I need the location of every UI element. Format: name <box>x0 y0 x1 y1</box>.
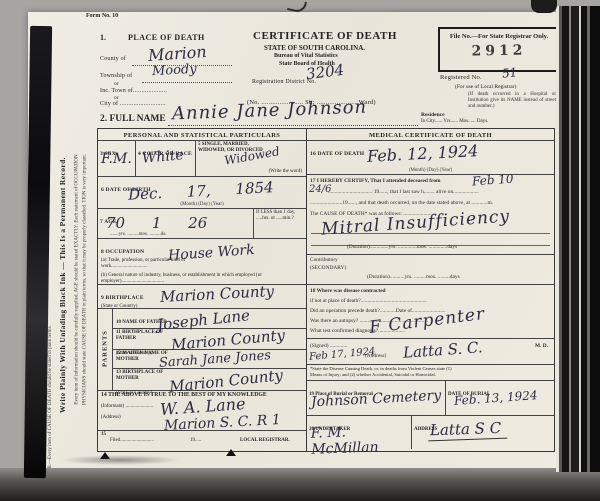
inc-town-label: Inc. Town of.................... <box>100 88 167 94</box>
scan-mark-top-right <box>531 0 557 13</box>
margin-note-nb: N. B.—Every item of CAUSE OF DEATH shoul… <box>48 325 56 475</box>
undertaker-row: 20 UNDERTAKER F. M. McMillan ADDRESS Lat… <box>307 416 554 449</box>
sign-address-value: Latta S. C. <box>402 338 483 362</box>
scan-mark-triangle-2 <box>226 449 236 456</box>
local-registrar-note: (For use of Local Registrar) <box>455 84 516 90</box>
residence-line: In City...... Yrs...... Mos...... Days. <box>421 119 553 124</box>
scan-page-edge-bottom <box>0 468 600 501</box>
undertaker-cell: 20 UNDERTAKER F. M. McMillan <box>307 416 412 449</box>
signed-block: (Signed) ............. M. D. Feb 17, 192… <box>307 339 554 365</box>
father-birthplace-row: 11 BIRTHPLACE OF FATHER (State or Countr… <box>113 329 306 350</box>
form-number: Form No. 10 <box>86 13 118 19</box>
q18-line-2: if not at place of death?...............… <box>310 296 551 306</box>
md-label: M. D. <box>535 341 548 352</box>
filed-number: 15 <box>101 432 106 437</box>
margin-note-permanent-record: Write Plainly With Unfading Black Ink — … <box>58 120 68 450</box>
margin-note-age-exactly: Every item of information should be care… <box>75 130 82 430</box>
file-number-box: File No.—For State Registrar Only. 2912 <box>438 27 560 72</box>
undertaker-address-value: Latta S C <box>428 419 508 442</box>
certify-line-2: ................................. 19....… <box>310 187 551 198</box>
footnote-block: *State the Disease Causing Death, or, in… <box>307 365 554 381</box>
dod-value: Feb. 12, 1924 <box>367 141 479 166</box>
age-units: .......yrs. .........mos. .........ds. <box>98 232 253 237</box>
parents-strip: PARENTS <box>98 309 113 390</box>
personal-title: PERSONAL AND STATISTICAL PARTICULARS <box>98 129 306 141</box>
certify-handwriting-2: 24/6 <box>309 184 331 195</box>
question-18-block: 18 Where was disease contracted if not a… <box>307 285 554 339</box>
parents-block: PARENTS 10 NAME OF FATHER Joseph Lane 11… <box>98 309 306 391</box>
mother-birthplace-label: 13 BIRTHPLACE OF MOTHER <box>116 370 176 381</box>
state-line: STATE OF SOUTH CAROLINA. <box>264 44 365 52</box>
parents-cells: 10 NAME OF FATHER Joseph Lane 11 BIRTHPL… <box>113 309 306 390</box>
bureau-line: Bureau of Vital Statistics <box>274 53 338 59</box>
contributory-label: Contributory <box>310 256 551 264</box>
township-dotted-line <box>142 81 232 83</box>
undertaker-address-cell: ADDRESS Latta S C <box>412 416 554 449</box>
sex-value: F.M. <box>101 151 132 167</box>
age-row: 7 AGE 70 1 26 .......yrs. .........mos. … <box>98 209 306 239</box>
registered-no-label: Registered No. <box>440 74 482 81</box>
occupation-label: 8 OCCUPATION <box>101 249 144 255</box>
footnote-line-2: Means of Injury; and (2) whether Acciden… <box>310 372 551 378</box>
filed-row: 15 Filed........................... 19..… <box>98 431 306 449</box>
place-of-death-title: PLACE OF DEATH <box>128 33 205 42</box>
filed-year: 19..... <box>190 438 201 443</box>
age-value: 70 1 26 <box>106 214 207 232</box>
scan-smudge <box>60 455 180 465</box>
dod-label: 16 DATE OF DEATH <box>310 151 364 157</box>
personal-column: PERSONAL AND STATISTICAL PARTICULARS 3 S… <box>98 129 307 451</box>
occupation-value: House Work <box>168 242 256 264</box>
township-value: Moody <box>152 62 197 79</box>
form-body: PERSONAL AND STATISTICAL PARTICULARS 3 S… <box>97 128 555 452</box>
secondary-label: (SECONDARY) <box>310 264 551 272</box>
parents-label: PARENTS <box>102 316 109 382</box>
race-value: White <box>141 147 184 167</box>
full-name-label: 2. FULL NAME <box>100 114 166 124</box>
scan-page-edge-right <box>556 6 600 472</box>
full-name-dotted-line <box>168 124 418 126</box>
dob-value: Dec. 17, 1854 <box>128 178 274 204</box>
race-cell: 4 COLOR OR RACE White <box>136 141 196 176</box>
certify-block: 17 I HEREBY CERTIFY, That I attended dec… <box>307 175 554 255</box>
age-note-cell: If LESS than 1 day, .....hrs. or .....mi… <box>254 209 306 238</box>
place-of-death-number: 1. <box>100 33 106 42</box>
margin-note-physicians: PHYSICIANS should state CAUSE OF DEATH i… <box>83 130 90 430</box>
marital-note: (Write the word) <box>269 169 302 174</box>
undertaker-value: F. M. McMillan <box>310 422 411 457</box>
age-cell: 7 AGE 70 1 26 .......yrs. .........mos. … <box>98 209 254 238</box>
or-label-1: or <box>114 81 119 87</box>
burial-row: 19 Place of Burial or Removal Johnson Ce… <box>307 381 554 416</box>
medical-title: MEDICAL CERTIFICATE OF DEATH <box>307 129 554 141</box>
death-certificate-scan: Write Plainly With Unfading Black Ink — … <box>0 0 600 501</box>
residence-label: Residence <box>421 112 445 118</box>
contributory-block: Contributory (SECONDARY) (Duration).....… <box>307 255 554 285</box>
age-note: If LESS than 1 day, .....hrs. or .....mi… <box>256 210 304 222</box>
county-label: County of <box>100 56 126 62</box>
mother-birthplace-row: 13 BIRTHPLACE OF MOTHER (State or Countr… <box>113 369 306 389</box>
sex-cell: 3 SEX F.M. <box>98 141 136 176</box>
file-box-label: File No.—For State Registrar Only. <box>440 33 558 40</box>
sex-race-marital-row: 3 SEX F.M. 4 COLOR OR RACE White 5 SINGL… <box>98 141 306 177</box>
city-label: City of ........................... <box>100 101 166 107</box>
certificate-title: CERTIFICATE OF DEATH <box>253 30 397 42</box>
q18-line-1: 18 Where was disease contracted <box>310 286 551 296</box>
duration-line-1: (Duration)..............yrs. ...........… <box>347 242 457 253</box>
dod-units: (Month) (Day) (Year) <box>307 168 554 173</box>
date-of-birth-row: 6 DATE OF BIRTH Dec. 17, 1854 (Month) (D… <box>98 177 306 209</box>
township-label: Township of <box>100 73 132 79</box>
duration-line-2: (Duration)...........yrs. .........mos. … <box>367 272 460 283</box>
registered-no-value: 51 <box>501 65 518 81</box>
certify-line-3: ........................19......, and th… <box>310 198 551 209</box>
date-of-death-row: 16 DATE OF DEATH Feb. 12, 1924 (Month) (… <box>307 141 554 175</box>
burial-date-cell: DATE OF BURIAL Feb. 13, 1924 <box>446 381 554 415</box>
burial-place-cell: 19 Place of Burial or Removal Johnson Ce… <box>307 381 446 415</box>
informant-row: 14 THE ABOVE IS TRUE TO THE BEST OF MY K… <box>98 391 306 431</box>
file-number-stamp: 2912 <box>440 42 558 60</box>
filed-label: Filed........................... <box>110 438 154 443</box>
medical-column: MEDICAL CERTIFICATE OF DEATH 16 DATE OF … <box>307 129 554 451</box>
certify-line-1: 17 I HEREBY CERTIFY, That I attended dec… <box>310 176 551 187</box>
local-registrar-label: LOCAL REGISTRAR. <box>240 438 290 443</box>
marital-cell: 5 SINGLE, MARRIED, WIDOWED, OR DIVORCED … <box>196 141 306 176</box>
attended-from-value: Feb 10 <box>472 172 514 189</box>
occupation-row: 8 OCCUPATION (a) Trade, profession, or p… <box>98 239 306 285</box>
birthplace-value: Marion County <box>160 282 275 306</box>
birthplace-label: 9 BIRTHPLACE <box>101 295 144 301</box>
hospital-note: (If death occurred in a Hospital or Inst… <box>468 92 556 110</box>
birthplace-row: 9 BIRTHPLACE (State or Country) Marion C… <box>98 285 306 309</box>
